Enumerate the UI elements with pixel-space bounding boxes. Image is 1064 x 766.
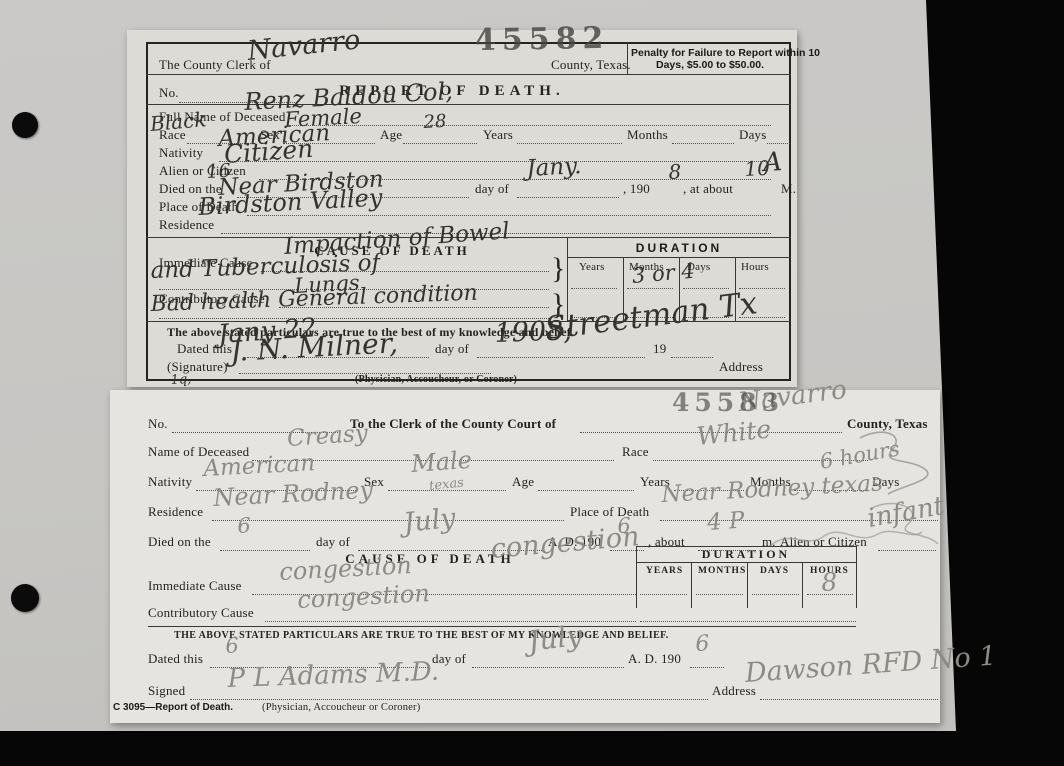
day-of-label: day of [475,182,509,196]
scanned-record-view: 45582 The County Clerk of Navarro County… [0,0,1064,766]
contributory-cause-value: congestion [297,581,431,612]
dotted-line [477,357,645,358]
affirmation-text: THE ABOVE STATED PARTICULARS ARE TRUE TO… [174,630,669,641]
signature-sub-label: (Physician, Accoucheur or Coroner) [262,702,420,714]
sex-value: Male [410,448,472,476]
serial-stamp: 45582 [475,21,610,58]
died-year-value: 8 [668,161,682,182]
death-report-card-bottom: 45583 Navarro No. To the Clerk of the Co… [110,390,940,723]
age-label: Age [512,475,534,489]
dotted-line [247,215,771,216]
alien-citizen-value: Citizen [223,136,314,167]
contributory-cause-label: Contributory Cause [148,606,254,620]
address-label: Address [719,360,763,374]
brace-glyph: } [551,252,566,285]
race-value: White [695,416,772,449]
dotted-line [517,197,619,198]
dotted-line [752,594,799,595]
hole-punch [11,584,39,612]
rule-line [747,562,748,608]
dotted-line [640,621,856,622]
nativity-label: Nativity [159,146,203,160]
dotted-line [212,520,564,521]
duration-hours-value: 8 [821,569,838,595]
duration-col-hours: Hours [741,261,769,273]
died-ampm-value: A [763,149,783,176]
residence-value: Near Rodney [213,478,374,510]
dotted-line [571,288,617,289]
duration-col-years: YEARS [646,566,683,576]
dated-day-value: 6 [225,635,239,657]
day-of-label: day of [435,342,469,356]
residence-note: texas [429,476,465,493]
to-clerk-label: To the Clerk of the County Court of [350,417,556,431]
dotted-line [672,143,734,144]
dotted-line [472,667,624,668]
duration-months-value: 3 or 4 [631,261,695,287]
years-label: Years [483,128,513,142]
dotted-line [690,667,724,668]
rule-line [636,546,637,608]
died-day-value: 6 [237,515,251,537]
duration-col-months: MONTHS [698,566,746,576]
printed-19-label: 19 [653,342,666,356]
dotted-line [627,288,673,289]
duration-header: DURATION [567,241,791,255]
age-value: 28 [423,113,447,132]
form-code-label: C 3095—Report of Death. [113,702,233,713]
rule-line [146,74,791,75]
dotted-line [640,594,687,595]
nativity-value: American [203,452,316,481]
dotted-line [190,699,708,700]
race-label: Race [622,445,649,459]
serial-stamp: 45583 [672,388,784,417]
duration-col-days: DAYS [760,566,789,576]
dated-year-value: 6 [695,633,710,656]
immediate-cause-label: Immediate Cause [148,579,242,593]
dotted-line [159,318,549,319]
age-label: Age [380,128,402,142]
died-month-value: July [402,505,457,537]
duration-col-years: Years [579,261,605,273]
residence-label: Residence [148,505,203,519]
death-report-card-top: 45582 The County Clerk of Navarro County… [127,30,797,387]
died-time-value: 4 P [706,509,745,535]
rule-line [148,626,856,627]
rule-line [802,562,803,608]
immediate-cause-value: congestion [279,553,413,584]
no-label: No. [148,417,168,431]
days-label: Days [739,128,767,142]
rule-line [636,562,856,563]
hole-punch [12,112,38,138]
signed-value: P L Adams M.D. [227,659,439,692]
county-suffix-label: County, Texas. [551,58,631,72]
signature-sub-label: (Physician, Accoucheur, or Coroner) [355,374,517,385]
dotted-line [760,699,938,700]
dotted-line [696,594,743,595]
race-value: Black [149,109,207,134]
address-value: Dawson RFD No 1 [744,642,997,687]
rule-line [627,42,628,74]
ad-printed-label: A. D. 190 [628,652,681,666]
place-of-death-label: Place of Death [570,505,649,519]
year-printed-label: , 190 [623,182,650,196]
died-month-value: Jany. [526,155,582,181]
dated-month-value: July [527,622,584,656]
nativity-label: Nativity [148,475,192,489]
died-prefix-label: Died on the [148,535,211,549]
name-value: Creasy [286,422,368,451]
dotted-line [220,550,310,551]
m-label: M. [781,182,796,196]
rule-line [691,562,692,608]
dotted-line [538,490,634,491]
dotted-line [698,550,756,551]
months-label: Months [627,128,668,142]
signed-label: Signed [148,684,185,698]
dotted-line [767,143,790,144]
dotted-line [517,143,622,144]
rule-line [146,104,791,105]
dotted-line [239,373,491,374]
penalty-note-line2: Days, $5.00 to $50.00. [631,59,789,71]
dotted-line [671,357,713,358]
cause-scrawl: congestion [490,523,641,563]
no-label: No. [159,86,179,100]
signature-value: J. N. Milner, [230,329,399,366]
day-of-label: day of [316,535,350,549]
at-about-label: , at about [683,182,733,196]
penalty-note-line1: Penalty for Failure to Report within 10 [631,47,789,59]
dated-prefix-label: Dated this [148,652,203,666]
signature-mark: 1q, [170,373,191,387]
dotted-line [403,143,477,144]
place-of-death-value: Near Rodney texas [661,472,884,507]
